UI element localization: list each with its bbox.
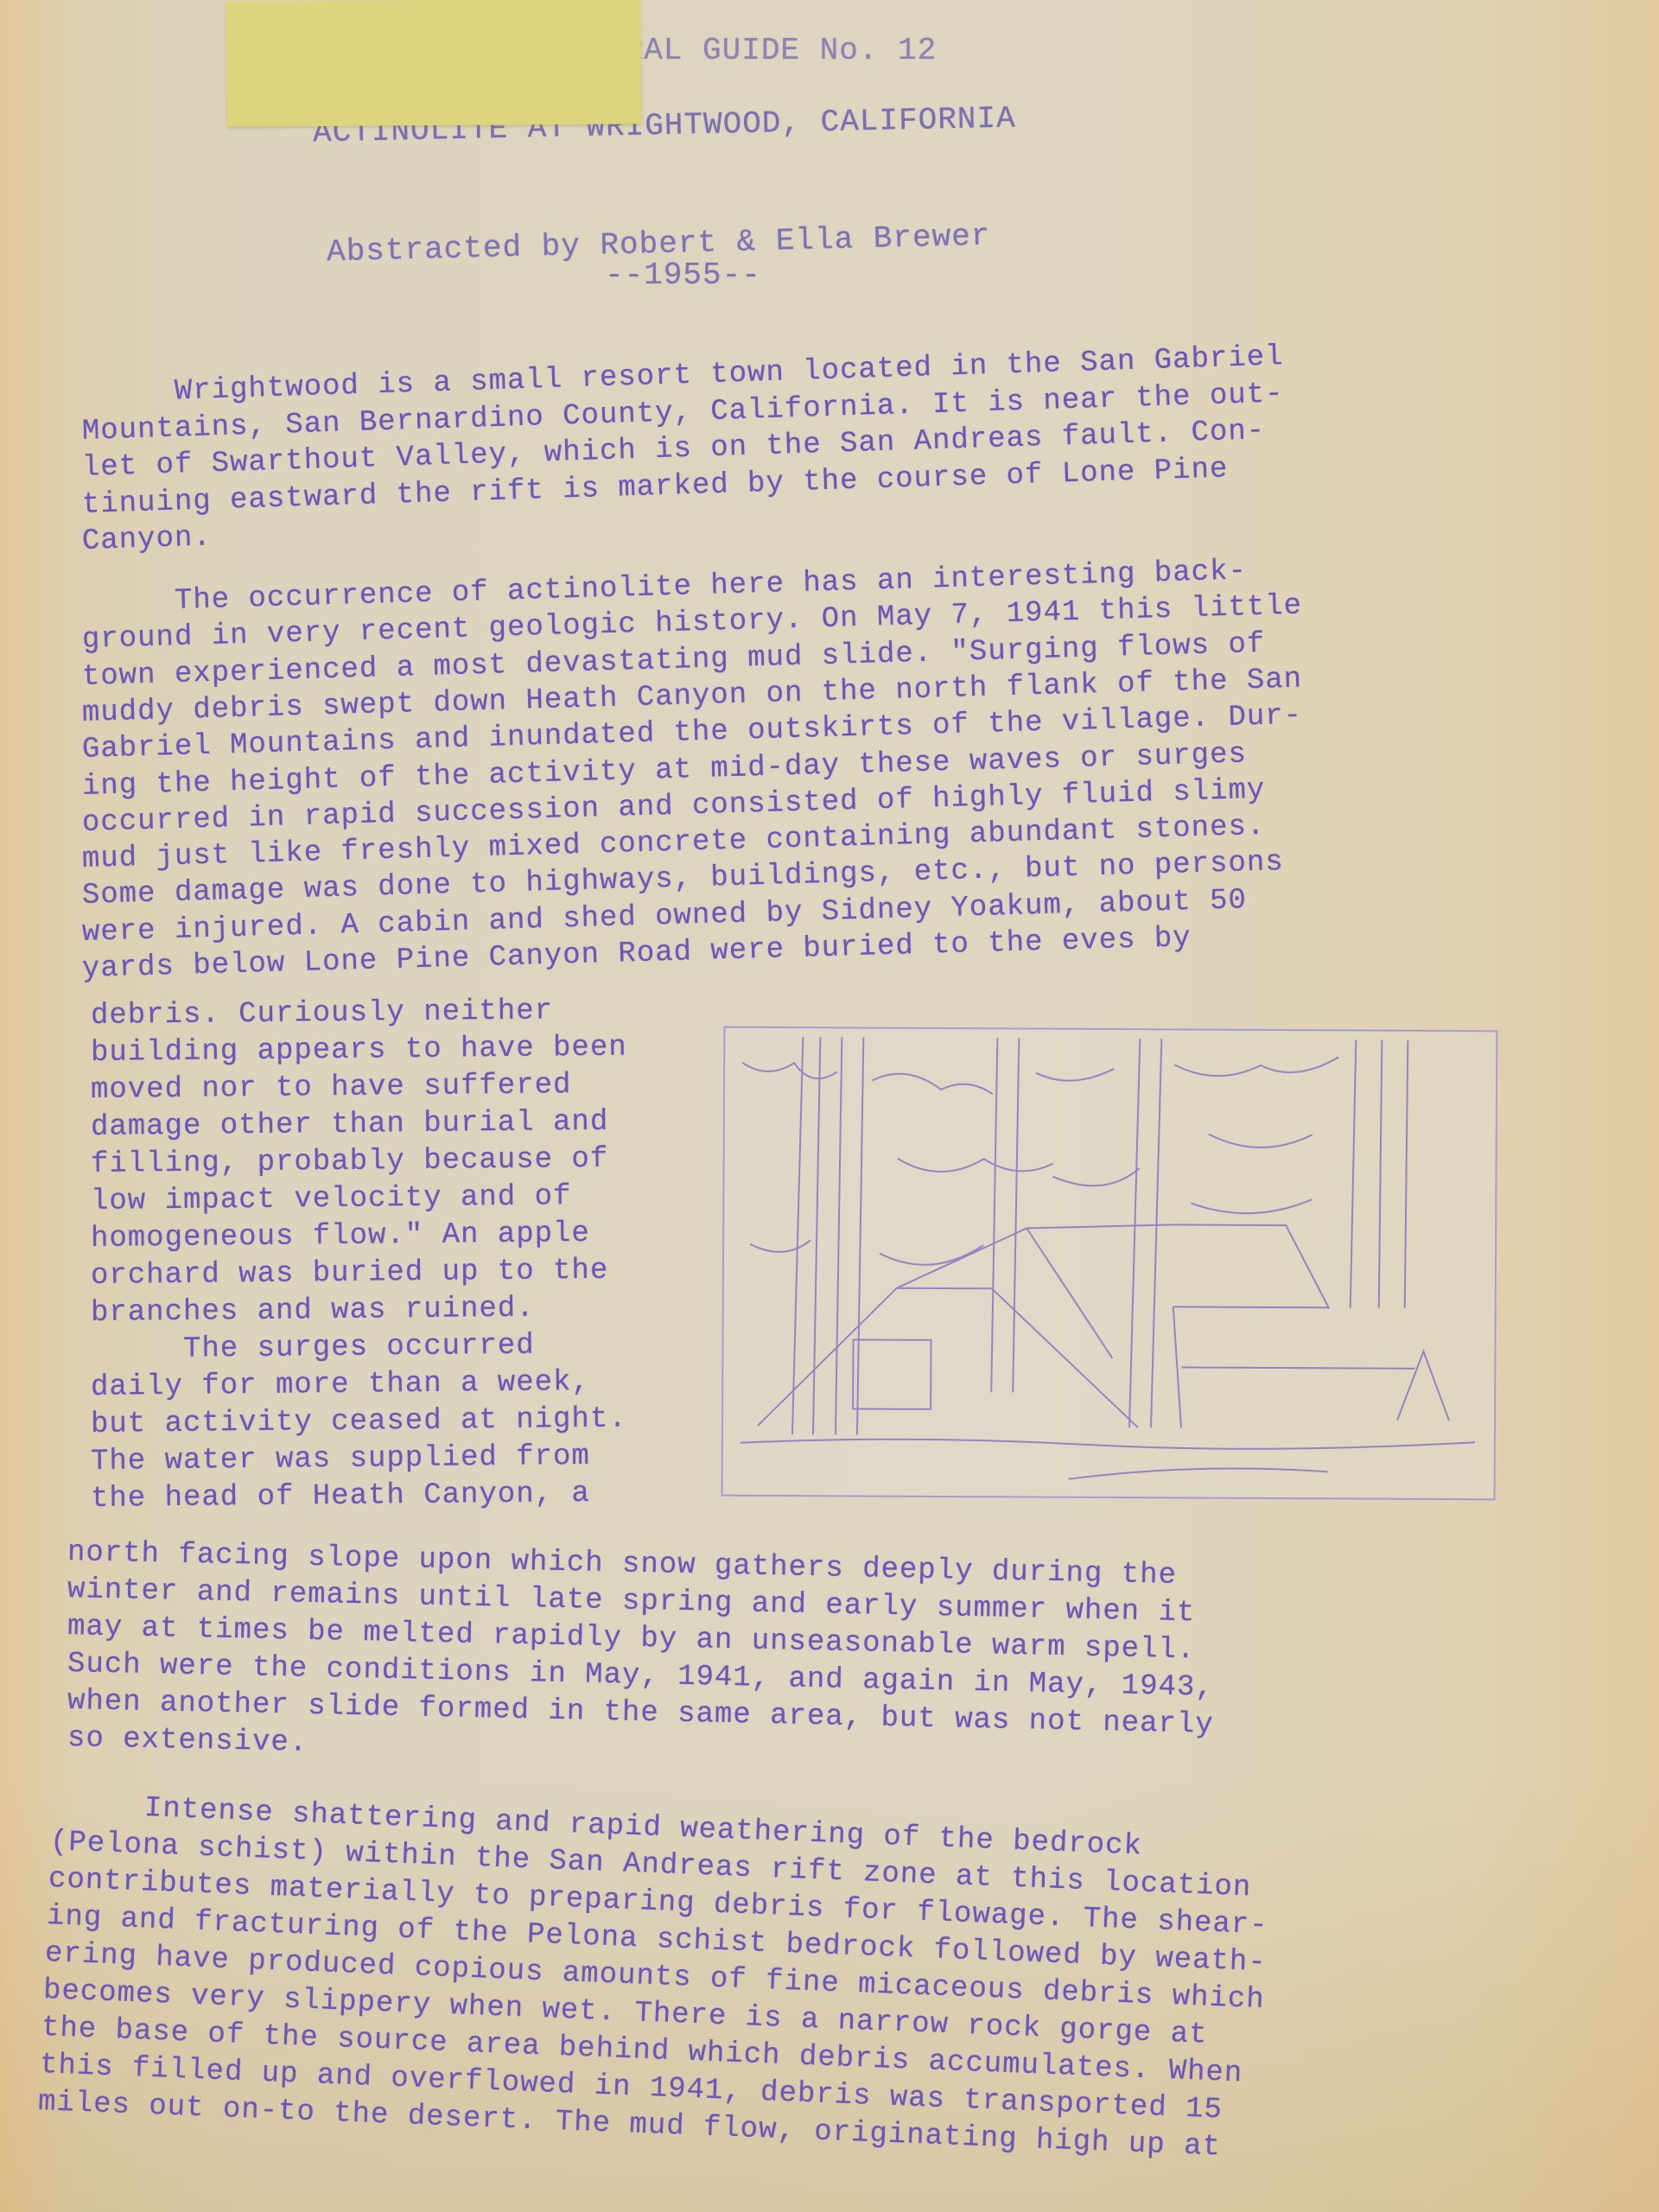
guide-header: ERAL GUIDE No. 12 bbox=[605, 33, 937, 68]
text-line: damage other than burial and bbox=[91, 1106, 609, 1144]
text-line: The surges occurred bbox=[91, 1330, 535, 1367]
text-line: but activity ceased at night. bbox=[91, 1403, 627, 1441]
text-line: branches and was ruined. bbox=[91, 1293, 535, 1330]
text-line: The water was supplied from bbox=[91, 1440, 590, 1478]
text-line: building appears to have been bbox=[91, 1032, 627, 1070]
text-line: homogeneous flow." An apple bbox=[91, 1217, 590, 1255]
text-line: the head of Heath Canyon, a bbox=[91, 1478, 590, 1516]
text-line: so extensive. bbox=[67, 1722, 308, 1760]
text-line: daily for more than a week, bbox=[91, 1366, 590, 1404]
sticky-note bbox=[226, 0, 641, 127]
cabin-illustration bbox=[721, 1027, 1498, 1501]
document-page: ERAL GUIDE No. 12 ACTINOLITE AT WRIGHTWO… bbox=[0, 0, 1659, 2212]
text-line: debris. Curiously neither bbox=[91, 995, 553, 1033]
text-line: filling, probably because of bbox=[91, 1143, 609, 1181]
publication-year: --1955-- bbox=[605, 257, 761, 293]
text-line: low impact velocity and of bbox=[91, 1180, 572, 1218]
text-line: Canyon. bbox=[81, 521, 212, 558]
text-line: orchard was buried up to the bbox=[91, 1255, 609, 1293]
cabin-sketch-icon bbox=[723, 1028, 1497, 1499]
text-line: moved nor to have suffered bbox=[91, 1069, 572, 1107]
